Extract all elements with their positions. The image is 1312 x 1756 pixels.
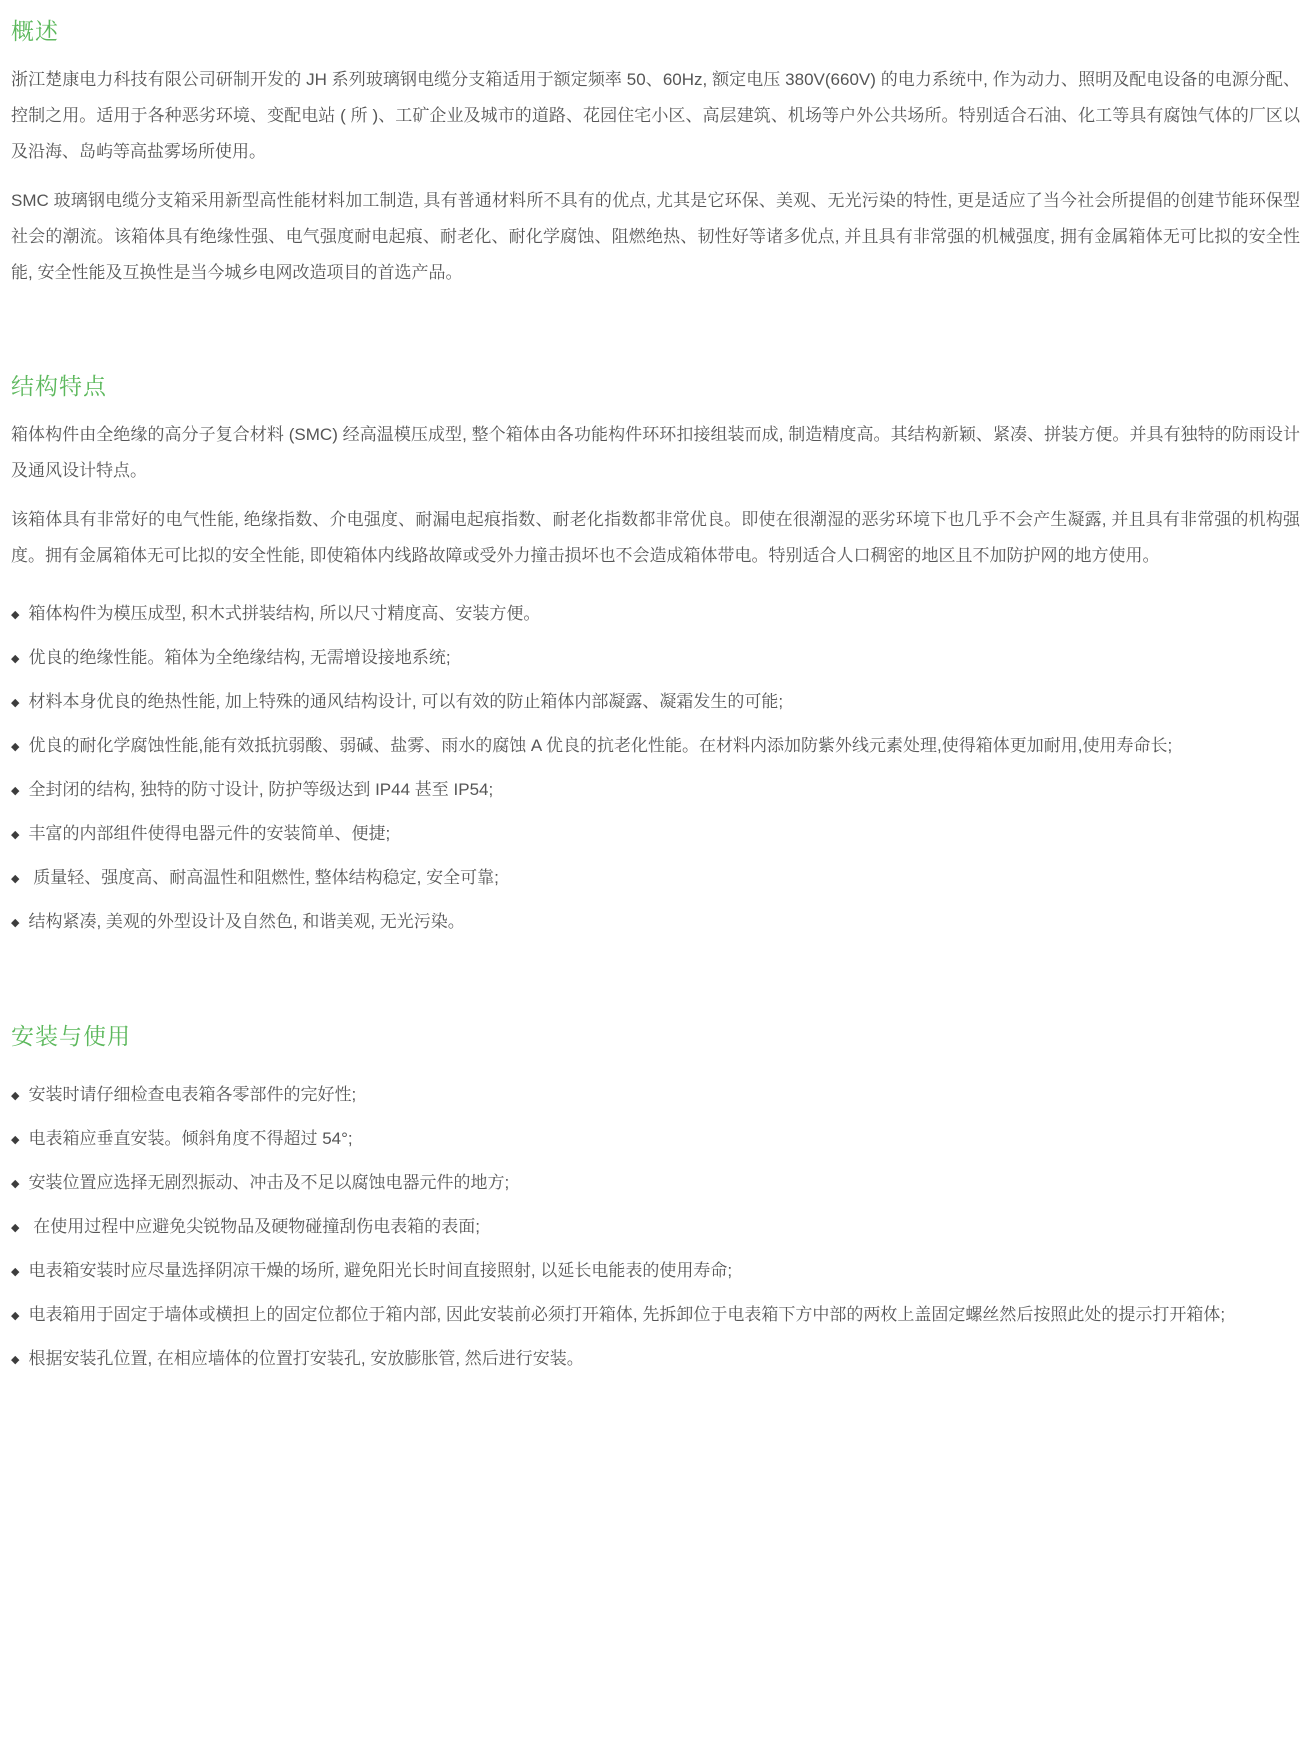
bullet-diamond-icon: ◆: [11, 773, 19, 809]
section-installation: 安装与使用 ◆安装时请仔细检查电表箱各零部件的完好性; ◆电表箱应垂直安装。倾斜…: [11, 1021, 1300, 1378]
bullet-diamond-icon: ◆: [11, 1078, 19, 1114]
bullet-diamond-icon: ◆: [11, 905, 19, 941]
list-item: ◆丰富的内部组件使得电器元件的安装简单、便捷;: [11, 816, 1300, 853]
bullet-text: 在使用过程中应避免尖锐物品及硬物碰撞刮伤电表箱的表面;: [28, 1217, 479, 1236]
list-item: ◆ 在使用过程中应避免尖锐物品及硬物碰撞刮伤电表箱的表面;: [11, 1209, 1300, 1246]
list-item: ◆优良的绝缘性能。箱体为全绝缘结构, 无需增设接地系统;: [11, 640, 1300, 677]
bullet-text: 根据安装孔位置, 在相应墙体的位置打安装孔, 安放膨胀管, 然后进行安装。: [28, 1349, 583, 1368]
bullet-diamond-icon: ◆: [11, 1342, 19, 1378]
bullet-text: 质量轻、强度高、耐高温性和阻燃性, 整体结构稳定, 安全可靠;: [28, 868, 498, 887]
overview-paragraph-1: 浙江楚康电力科技有限公司研制开发的 JH 系列玻璃钢电缆分支箱适用于额定频率 5…: [11, 62, 1300, 170]
section-overview: 概述 浙江楚康电力科技有限公司研制开发的 JH 系列玻璃钢电缆分支箱适用于额定频…: [11, 16, 1300, 291]
bullet-diamond-icon: ◆: [11, 729, 19, 765]
bullet-diamond-icon: ◆: [11, 817, 19, 853]
list-item: ◆材料本身优良的绝热性能, 加上特殊的通风结构设计, 可以有效的防止箱体内部凝露…: [11, 684, 1300, 721]
bullet-text: 电表箱应垂直安装。倾斜角度不得超过 54°;: [28, 1129, 352, 1148]
bullet-text: 结构紧凑, 美观的外型设计及自然色, 和谐美观, 无光污染。: [28, 912, 464, 931]
section-overview-heading: 概述: [11, 16, 1300, 46]
bullet-text: 安装时请仔细检查电表箱各零部件的完好性;: [28, 1085, 356, 1104]
bullet-text: 电表箱安装时应尽量选择阴凉干燥的场所, 避免阳光长时间直接照射, 以延长电能表的…: [28, 1261, 732, 1280]
bullet-text: 材料本身优良的绝热性能, 加上特殊的通风结构设计, 可以有效的防止箱体内部凝露、…: [28, 692, 783, 711]
bullet-text: 丰富的内部组件使得电器元件的安装简单、便捷;: [28, 824, 390, 843]
list-item: ◆ 质量轻、强度高、耐高温性和阻燃性, 整体结构稳定, 安全可靠;: [11, 860, 1300, 897]
list-item: ◆优良的耐化学腐蚀性能,能有效抵抗弱酸、弱碱、盐雾、雨水的腐蚀 A 优良的抗老化…: [11, 728, 1300, 765]
bullet-text: 箱体构件为模压成型, 积木式拼装结构, 所以尺寸精度高、安装方便。: [28, 604, 540, 623]
list-item: ◆安装位置应选择无剧烈振动、冲击及不足以腐蚀电器元件的地方;: [11, 1165, 1300, 1202]
bullet-diamond-icon: ◆: [11, 597, 19, 633]
bullet-diamond-icon: ◆: [11, 1254, 19, 1290]
bullet-diamond-icon: ◆: [11, 1166, 19, 1202]
bullet-text: 优良的绝缘性能。箱体为全绝缘结构, 无需增设接地系统;: [28, 648, 450, 667]
installation-bullet-list: ◆安装时请仔细检查电表箱各零部件的完好性; ◆电表箱应垂直安装。倾斜角度不得超过…: [11, 1077, 1300, 1378]
section-installation-heading: 安装与使用: [11, 1021, 1300, 1051]
features-bullet-list: ◆箱体构件为模压成型, 积木式拼装结构, 所以尺寸精度高、安装方便。 ◆优良的绝…: [11, 596, 1300, 941]
bullet-diamond-icon: ◆: [11, 641, 19, 677]
product-detail-page: 概述 浙江楚康电力科技有限公司研制开发的 JH 系列玻璃钢电缆分支箱适用于额定频…: [0, 0, 1312, 1425]
bullet-diamond-icon: ◆: [11, 1298, 19, 1334]
list-item: ◆根据安装孔位置, 在相应墙体的位置打安装孔, 安放膨胀管, 然后进行安装。: [11, 1341, 1300, 1378]
list-item: ◆电表箱安装时应尽量选择阴凉干燥的场所, 避免阳光长时间直接照射, 以延长电能表…: [11, 1253, 1300, 1290]
list-item: ◆安装时请仔细检查电表箱各零部件的完好性;: [11, 1077, 1300, 1114]
overview-paragraph-2: SMC 玻璃钢电缆分支箱采用新型高性能材料加工制造, 具有普通材料所不具有的优点…: [11, 183, 1300, 291]
bullet-text: 优良的耐化学腐蚀性能,能有效抵抗弱酸、弱碱、盐雾、雨水的腐蚀 A 优良的抗老化性…: [28, 736, 1172, 755]
list-item: ◆结构紧凑, 美观的外型设计及自然色, 和谐美观, 无光污染。: [11, 904, 1300, 941]
bullet-diamond-icon: ◆: [11, 861, 19, 897]
list-item: ◆全封闭的结构, 独特的防寸设计, 防护等级达到 IP44 甚至 IP54;: [11, 772, 1300, 809]
bullet-diamond-icon: ◆: [11, 1210, 19, 1246]
bullet-text: 全封闭的结构, 独特的防寸设计, 防护等级达到 IP44 甚至 IP54;: [28, 780, 493, 799]
list-item: ◆箱体构件为模压成型, 积木式拼装结构, 所以尺寸精度高、安装方便。: [11, 596, 1300, 633]
section-features: 结构特点 箱体构件由全绝缘的高分子复合材料 (SMC) 经高温模压成型, 整个箱…: [11, 371, 1300, 941]
bullet-text: 安装位置应选择无剧烈振动、冲击及不足以腐蚀电器元件的地方;: [28, 1173, 509, 1192]
features-paragraph-2: 该箱体具有非常好的电气性能, 绝缘指数、介电强度、耐漏电起痕指数、耐老化指数都非…: [11, 502, 1300, 574]
list-item: ◆电表箱应垂直安装。倾斜角度不得超过 54°;: [11, 1121, 1300, 1158]
bullet-diamond-icon: ◆: [11, 1122, 19, 1158]
list-item: ◆电表箱用于固定于墙体或横担上的固定位都位于箱内部, 因此安装前必须打开箱体, …: [11, 1297, 1300, 1334]
bullet-diamond-icon: ◆: [11, 685, 19, 721]
section-features-heading: 结构特点: [11, 371, 1300, 401]
bullet-text: 电表箱用于固定于墙体或横担上的固定位都位于箱内部, 因此安装前必须打开箱体, 先…: [28, 1305, 1225, 1324]
features-paragraph-1: 箱体构件由全绝缘的高分子复合材料 (SMC) 经高温模压成型, 整个箱体由各功能…: [11, 417, 1300, 489]
